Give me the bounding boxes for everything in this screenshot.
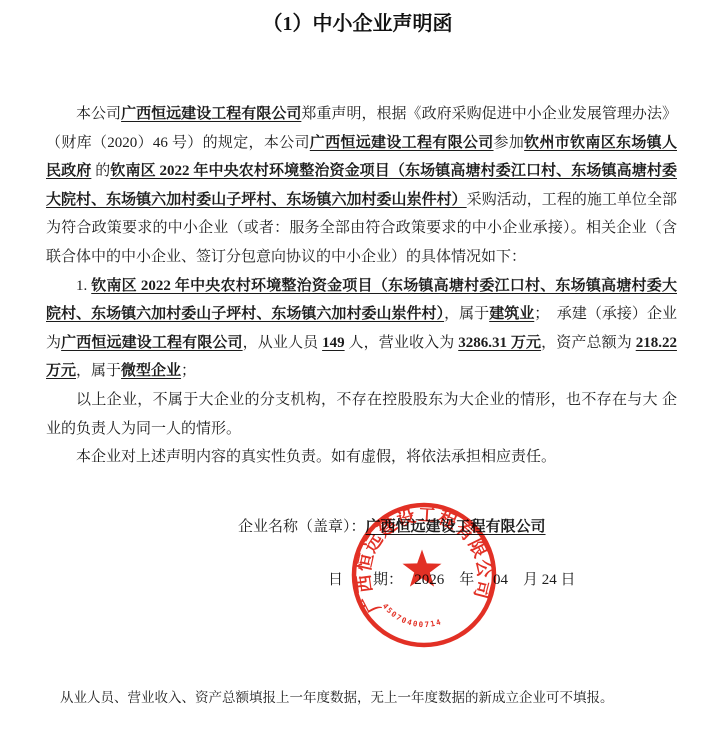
revenue-text: 3286.31 万元	[458, 335, 541, 351]
enterprise-type-text: 微型企业	[121, 363, 181, 379]
document-body: 本公司广西恒远建设工程有限公司郑重声明，根据《政府采购促进中小企业发展管理办法》…	[46, 37, 677, 595]
seal-number-text: 45070400714	[381, 602, 444, 630]
footnote: 从业人员、营业收入、资产总额填报上一年度数据，无上一年度数据的新成立企业可不填报…	[60, 687, 614, 709]
declaration-document-page: （1）中小企业声明函 本公司广西恒远建设工程有限公司郑重声明，根据《政府采购促进…	[0, 0, 715, 748]
text-run: ，属于	[444, 306, 489, 322]
signature-company-name: 广西恒远建设工程有限公司	[366, 519, 546, 535]
paragraph-no-affiliation: 以上企业，不属于大企业的分支机构，不存在控股股东为大企业的情形，也不存在与大 企…	[46, 386, 677, 443]
company-name-text: 广西恒远建设工程有限公司	[310, 135, 494, 151]
date-line: 日 期： 2026 年 04 月 24 日	[328, 566, 677, 595]
page-title: （1）中小企业声明函	[0, 0, 715, 37]
paragraph-item-1: 1. 钦南区 2022 年中央农村环境整治资金项目（东场镇高塘村委江口村、东场镇…	[46, 272, 677, 386]
text-run: ，属于	[76, 363, 121, 379]
item-number: 1.	[76, 278, 91, 294]
text-run: 的	[91, 163, 110, 179]
company-name-text: 广西恒远建设工程有限公司	[61, 335, 242, 351]
paragraph-responsibility: 本企业对上述声明内容的真实性负责。如有虚假，将依法承担相应责任。	[46, 443, 677, 472]
text-run: ，从业人员	[243, 335, 323, 351]
employee-count-text: 149	[322, 335, 345, 351]
industry-text: 建筑业	[489, 306, 534, 322]
text-run: ；	[181, 363, 196, 379]
paragraph-declaration: 本公司广西恒远建设工程有限公司郑重声明，根据《政府采购促进中小企业发展管理办法》…	[46, 100, 677, 272]
text-run: 人，营业收入为	[345, 335, 459, 351]
company-name-text: 广西恒远建设工程有限公司	[121, 106, 301, 122]
signature-line: 企业名称（盖章）：广西恒远建设工程有限公司	[238, 513, 677, 542]
text-run: 本公司	[76, 106, 121, 122]
text-run: ，资产总额为	[541, 335, 636, 351]
text-run: 参加	[494, 135, 525, 151]
signature-label: 企业名称（盖章）：	[238, 519, 366, 535]
